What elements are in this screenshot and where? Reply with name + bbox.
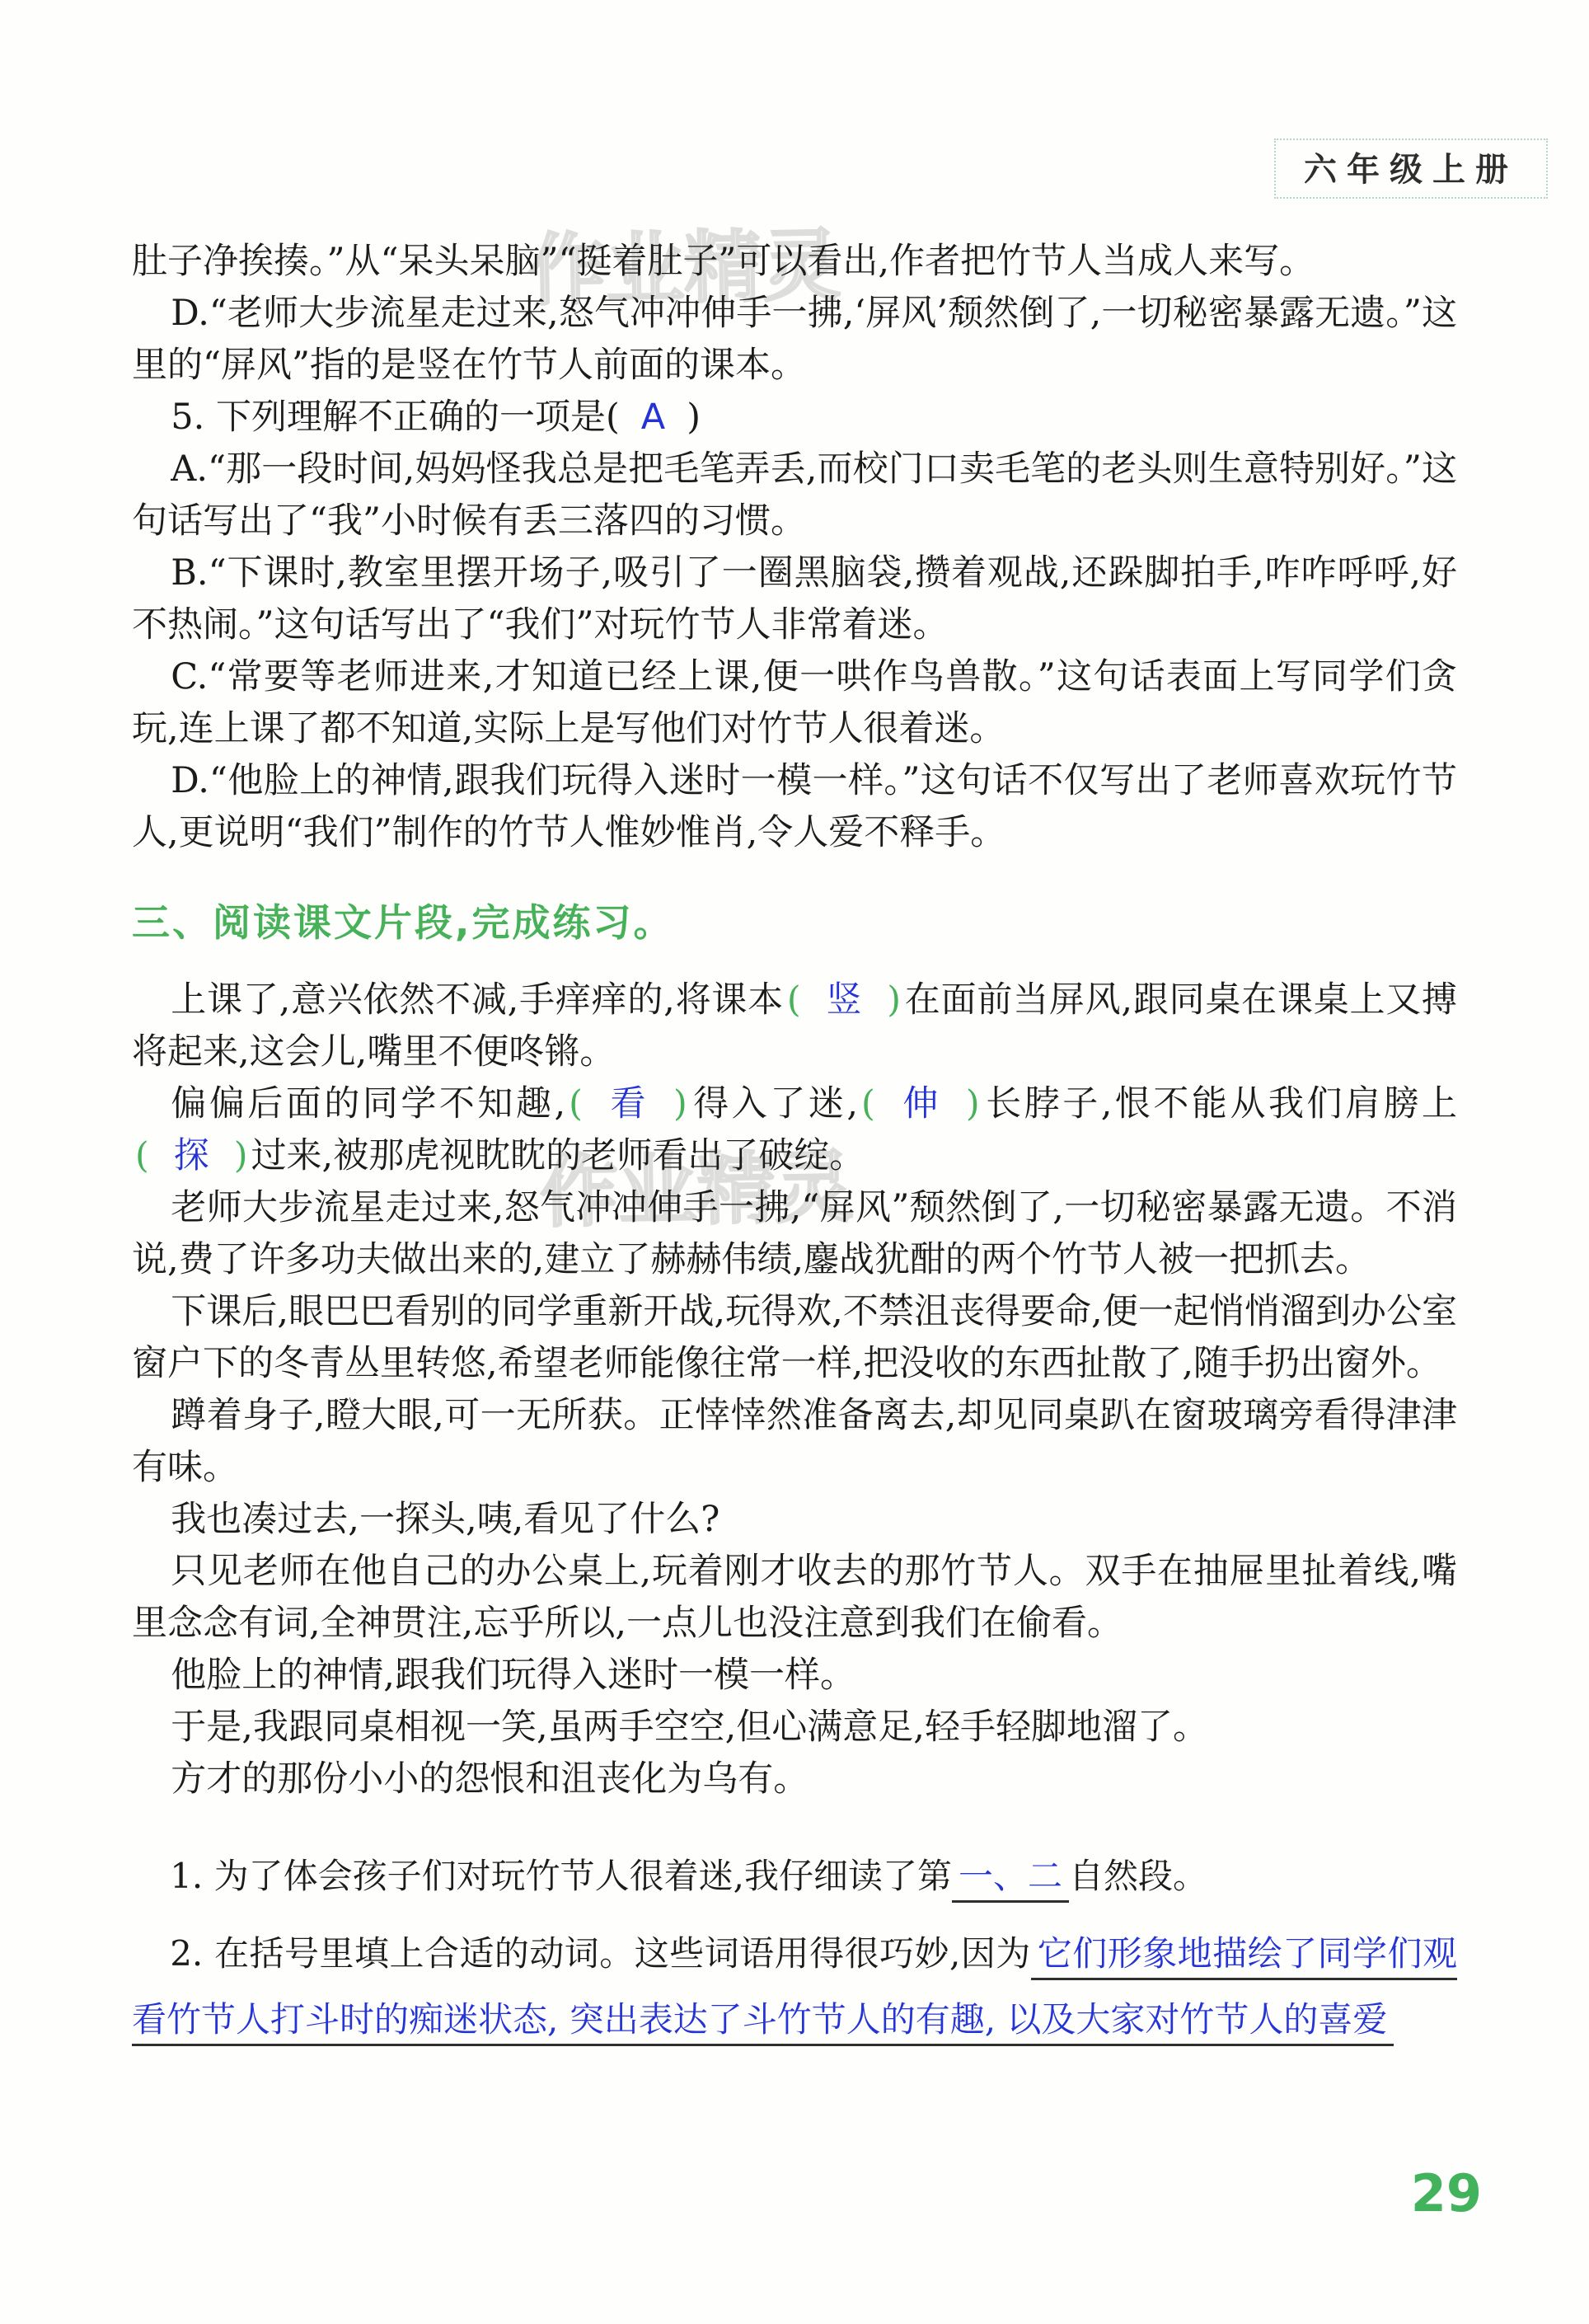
text-segment: 他脸上的神情,跟我们玩得入迷时一模一样。	[171, 1655, 855, 1696]
paren-open: (	[565, 1083, 586, 1124]
paren-close: )	[884, 979, 904, 1021]
text-segment: 得入了迷,	[691, 1083, 858, 1124]
q5-stem: 5. 下列理解不正确的一项是(	[171, 397, 619, 438]
q1-answer: 一、二	[952, 1856, 1069, 1903]
grade-volume-label: 六年级上册	[1304, 151, 1518, 189]
carryover-line: 肚子净挨揍。”从“呆头呆脑”“挺着肚子”可以看出,作者把竹节人当成人来写。	[132, 236, 1457, 288]
paren-close: )	[670, 1083, 691, 1124]
page-number: 29	[1411, 2163, 1482, 2223]
text-segment: 自然段。	[1069, 1856, 1207, 1896]
q5-stem-close: )	[687, 397, 701, 438]
blank-answer-1: 竖	[804, 979, 884, 1021]
passage-paragraph-3: 老师大步流星走过来,怒气冲冲伸手一拂,“屏风”颓然倒了,一切秘密暴露无遗。不消说…	[132, 1182, 1457, 1286]
question-5-stem: 5. 下列理解不正确的一项是(A)	[132, 392, 1457, 444]
exercise-question-1: 1. 为了体会孩子们对玩竹节人很着迷,我仔细读了第一、二自然段。	[132, 1843, 1457, 1909]
text-segment: 老师大步流星走过来,怒气冲冲伸手一拂,“屏风”颓然倒了,一切秘密暴露无遗。不消说…	[132, 1187, 1457, 1280]
text-segment: 过来,被那虎视眈眈的老师看出了破绽。	[251, 1135, 865, 1176]
grade-volume-badge: 六年级上册	[1274, 139, 1548, 199]
blank-answer-3: 伸	[879, 1083, 963, 1124]
text-segment: 下课后,眼巴巴看别的同学重新开战,玩得欢,不禁沮丧得要命,便一起悄悄溜到办公室窗…	[132, 1291, 1457, 1384]
text-segment: 方才的那份小小的怨恨和沮丧化为乌有。	[171, 1758, 809, 1800]
exercise-question-2: 2. 在括号里填上合适的动词。这些词语用得很巧妙,因为它们形象地描绘了同学们观看…	[132, 1921, 1457, 2053]
text-segment: 我也凑过去,一探头,咦,看见了什么?	[171, 1499, 720, 1540]
paren-close: )	[963, 1083, 983, 1124]
passage-paragraph-5: 蹲着身子,瞪大眼,可一无所获。正悻悻然准备离去,却见同桌趴在窗玻璃旁看得津津有味…	[132, 1390, 1457, 1494]
passage-paragraph-8: 他脸上的神情,跟我们玩得入迷时一模一样。	[132, 1650, 1457, 1702]
question-5-option-a: A.“那一段时间,妈妈怪我总是把毛笔弄丢,而校门口卖毛笔的老头则生意特别好。”这…	[132, 444, 1457, 547]
q5-answer: A	[620, 397, 687, 438]
passage-paragraph-4: 下课后,眼巴巴看别的同学重新开战,玩得欢,不禁沮丧得要命,便一起悄悄溜到办公室窗…	[132, 1286, 1457, 1390]
blank-answer-2: 看	[586, 1083, 670, 1124]
paren-open: (	[132, 1135, 152, 1176]
text-segment: 2. 在括号里填上合适的动词。这些词语用得很巧妙,因为	[170, 1933, 1031, 1974]
question-5-option-c: C.“常要等老师进来,才知道已经上课,便一哄作鸟兽散。”这句话表面上写同学们贪玩…	[132, 651, 1457, 755]
passage-paragraph-1: 上课了,意兴依然不减,手痒痒的,将课本(竖)在面前当屏风,跟同桌在课桌上又搏将起…	[132, 974, 1457, 1078]
text-segment: 于是,我跟同桌相视一笑,虽两手空空,但心满意足,轻手轻脚地溜了。	[171, 1707, 1208, 1748]
paren-close: )	[231, 1135, 251, 1176]
section-3-heading: 三、阅读课文片段,完成练习。	[132, 899, 1457, 946]
question-4-option-d: D.“老师大步流星走过来,怒气冲冲伸手一拂,‘屏风’颓然倒了,一切秘密暴露无遗。…	[132, 288, 1457, 392]
passage-paragraph-6: 我也凑过去,一探头,咦,看见了什么?	[132, 1494, 1457, 1546]
blank-answer-4: 探	[152, 1135, 231, 1176]
text-segment: 长脖子,恨不能从我们肩膀上	[983, 1083, 1457, 1124]
text-segment: 蹲着身子,瞪大眼,可一无所获。正悻悻然准备离去,却见同桌趴在窗玻璃旁看得津津有味…	[132, 1395, 1457, 1488]
text-segment: 只见老师在他自己的办公桌上,玩着刚才收去的那竹节人。双手在抽屉里扯着线,嘴里念念…	[132, 1551, 1457, 1644]
workbook-page: 六年级上册 作业精灵 作业精灵 肚子净挨揍。”从“呆头呆脑”“挺着肚子”可以看出…	[0, 0, 1589, 2324]
text-segment: 偏偏后面的同学不知趣,	[171, 1083, 565, 1124]
passage-paragraph-10: 方才的那份小小的怨恨和沮丧化为乌有。	[132, 1754, 1457, 1805]
paren-open: (	[858, 1083, 879, 1124]
passage-paragraph-9: 于是,我跟同桌相视一笑,虽两手空空,但心满意足,轻手轻脚地溜了。	[132, 1702, 1457, 1754]
question-5-option-b: B.“下课时,教室里摆开场子,吸引了一圈黑脑袋,攒着观战,还跺脚拍手,咋咋呼呼,…	[132, 547, 1457, 651]
text-segment: 1. 为了体会孩子们对玩竹节人很着迷,我仔细读了第	[170, 1856, 952, 1896]
text-segment: 上课了,意兴依然不减,手痒痒的,将课本	[171, 979, 784, 1021]
reading-passage: 上课了,意兴依然不减,手痒痒的,将课本(竖)在面前当屏风,跟同桌在课桌上又搏将起…	[132, 974, 1457, 1805]
question-5-option-d: D.“他脸上的神情,跟我们玩得入迷时一模一样。”这句话不仅写出了老师喜欢玩竹节人…	[132, 755, 1457, 859]
passage-paragraph-2: 偏偏后面的同学不知趣,(看)得入了迷,(伸)长脖子,恨不能从我们肩膀上(探)过来…	[132, 1078, 1457, 1182]
page-content: 肚子净挨揍。”从“呆头呆脑”“挺着肚子”可以看出,作者把竹节人当成人来写。 D.…	[132, 236, 1457, 2053]
paren-open: (	[784, 979, 804, 1021]
passage-paragraph-7: 只见老师在他自己的办公桌上,玩着刚才收去的那竹节人。双手在抽屉里扯着线,嘴里念念…	[132, 1546, 1457, 1650]
